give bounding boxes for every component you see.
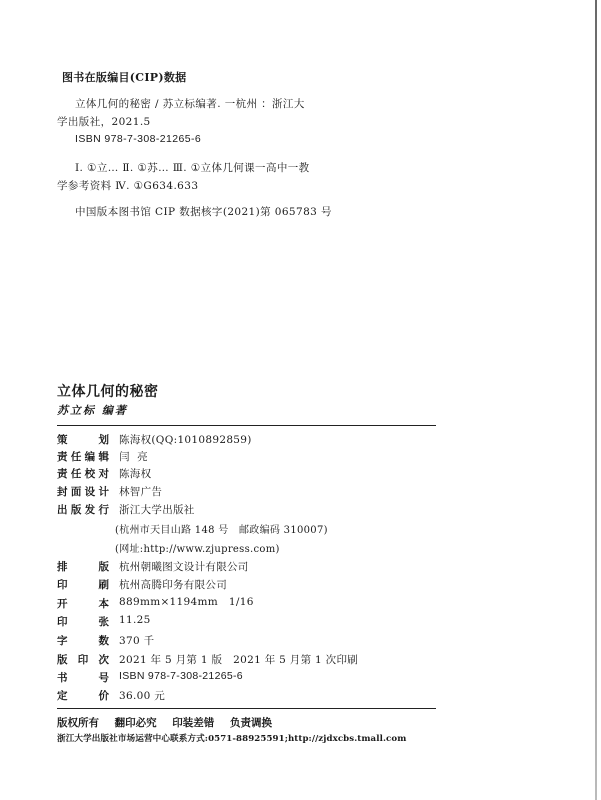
cip-line-4: Ⅰ. ①立… Ⅱ. ①苏… Ⅲ. ①立体几何课一高中一教 (75, 160, 310, 175)
cip-heading: 图书在版编目(CIP)数据 (62, 69, 186, 85)
credit-row: 策划 陈海权(QQ:1010892859) (57, 432, 252, 447)
spec-row: 印张 11.25 (57, 614, 151, 629)
book-title: 立体几何的秘密 (57, 381, 159, 401)
spec-row: 排版 杭州朝曦图文设计有限公司 (57, 559, 249, 574)
top-divider (57, 425, 436, 426)
credit-label: 策划 (57, 432, 109, 447)
publisher-contact: 浙江大学出版社市场运营中心联系方式:0571-88925591;http://z… (57, 732, 406, 744)
spec-value: 889mm×1194mm 1/16 (119, 596, 254, 611)
spec-value: 2021 年 5 月第 1 版 2021 年 5 月第 1 次印刷 (119, 652, 358, 667)
credit-value: 闫 亮 (119, 449, 148, 464)
bottom-divider (57, 708, 436, 709)
spec-row: 版印次 2021 年 5 月第 1 版 2021 年 5 月第 1 次印刷 (57, 652, 358, 667)
cip-record-number: 中国版本图书馆 CIP 数据核字(2021)第 065783 号 (75, 204, 332, 219)
credit-row: 责任编辑 闫 亮 (57, 449, 148, 464)
publisher-website: (网址:http://www.zjupress.com) (115, 540, 280, 555)
spec-label: 印张 (57, 614, 109, 629)
spec-row: 书号 ISBN 978-7-308-21265-6 (57, 670, 243, 685)
book-author: 苏立标 编著 (57, 402, 128, 418)
spec-value: 11.25 (119, 614, 151, 629)
credit-value: 浙江大学出版社 (119, 502, 195, 517)
cip-isbn: ISBN 978-7-308-21265-6 (75, 133, 201, 145)
publisher-address: (杭州市天目山路 148 号 邮政编码 310007) (115, 521, 328, 536)
spec-row: 开本 889mm×1194mm 1/16 (57, 596, 254, 611)
cip-line-2: 学出版社，2021.5 (57, 114, 151, 129)
spec-label: 定价 (57, 688, 109, 703)
spec-row: 字数 370 千 (57, 633, 154, 648)
credit-value: 林智广告 (119, 484, 162, 499)
scan-edge-shadow (595, 0, 597, 800)
spec-label: 字数 (57, 633, 109, 648)
credit-row: 责任校对 陈海权 (57, 466, 151, 481)
spec-row: 定价 36.00 元 (57, 688, 165, 703)
spec-value: 36.00 元 (119, 688, 165, 703)
credit-value: 陈海权(QQ:1010892859) (119, 432, 252, 447)
cip-line-1: 立体几何的秘密 / 苏立标编著. 一杭州 ：浙江大 (75, 96, 305, 111)
credit-label: 责任编辑 (57, 449, 109, 464)
credit-row: 封面设计 林智广告 (57, 484, 162, 499)
spec-label: 版印次 (57, 652, 109, 667)
spec-label: 排版 (57, 559, 109, 574)
spec-value: 杭州朝曦图文设计有限公司 (119, 559, 249, 574)
spec-value: 370 千 (119, 633, 154, 648)
spec-value: ISBN 978-7-308-21265-6 (119, 670, 243, 685)
credit-row: 出版发行 浙江大学出版社 (57, 502, 195, 517)
spec-row: 印刷 杭州高腾印务有限公司 (57, 577, 227, 592)
spec-label: 书号 (57, 670, 109, 685)
cip-line-5: 学参考资料 Ⅳ. ①G634.633 (57, 178, 198, 193)
credit-value: 陈海权 (119, 466, 151, 481)
credit-label: 出版发行 (57, 502, 109, 517)
spec-label: 印刷 (57, 577, 109, 592)
credit-label: 责任校对 (57, 466, 109, 481)
copyright-notice: 版权所有 翻印必究 印装差错 负责调换 (57, 715, 272, 730)
spec-value: 杭州高腾印务有限公司 (119, 577, 227, 592)
spec-label: 开本 (57, 596, 109, 611)
credit-label: 封面设计 (57, 484, 109, 499)
